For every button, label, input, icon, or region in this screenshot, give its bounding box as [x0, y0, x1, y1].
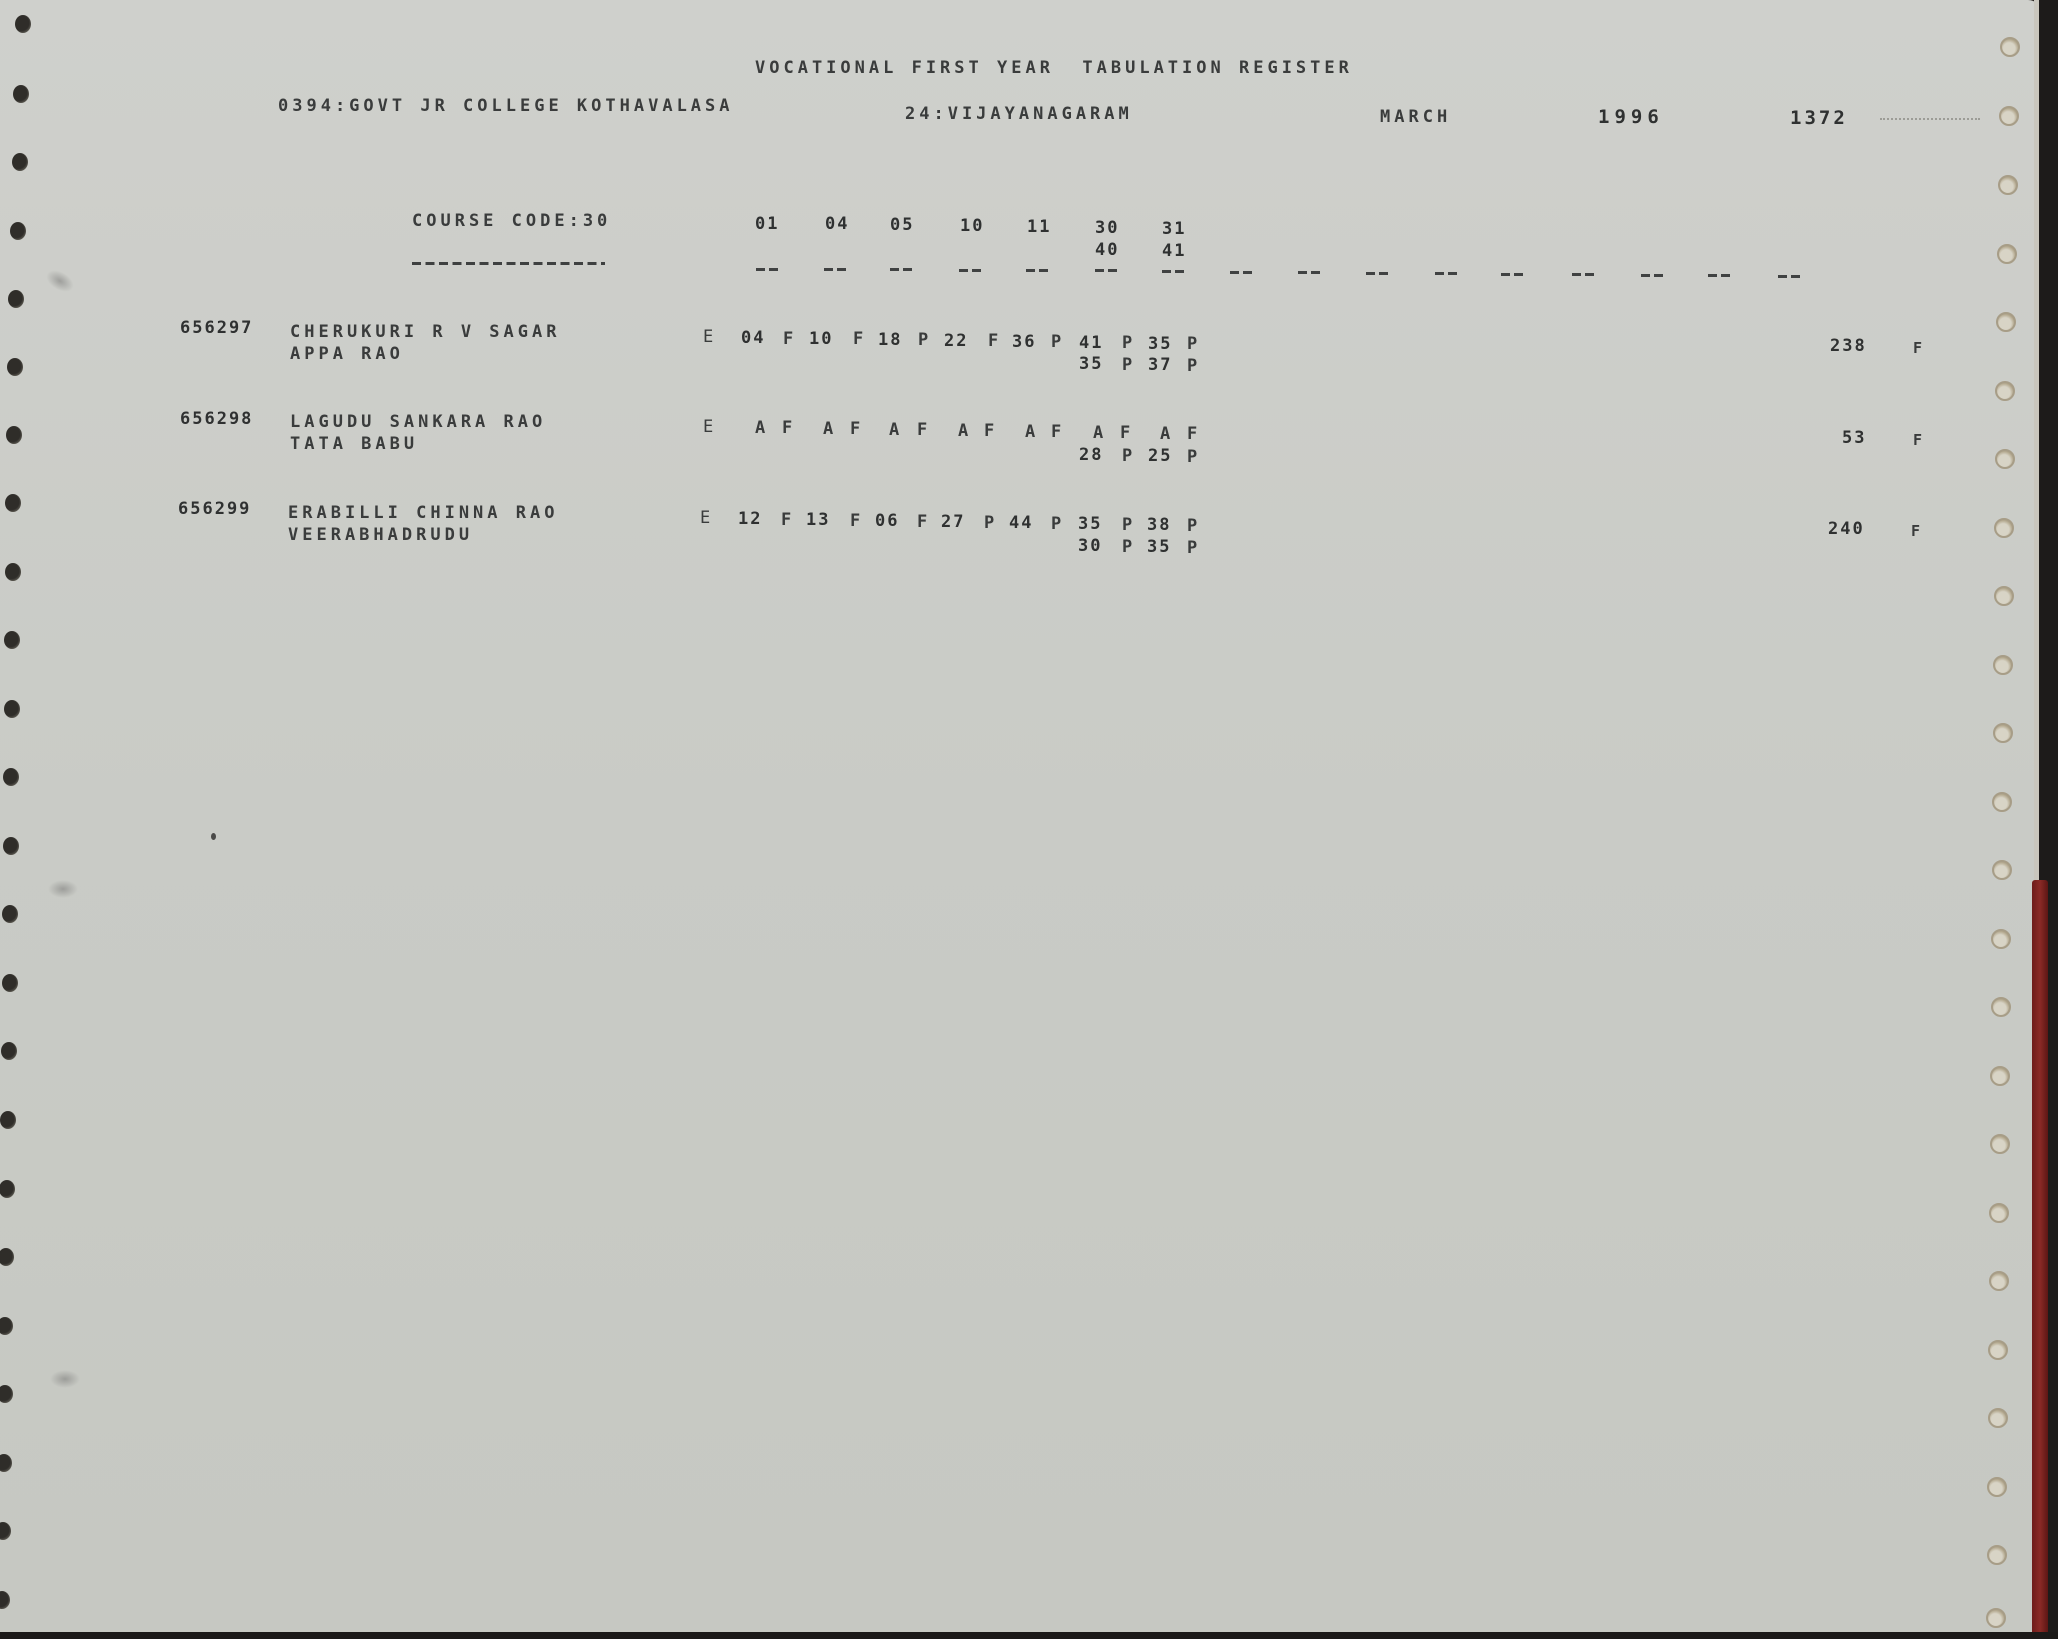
punch-hole-icon	[4, 700, 20, 718]
subject-mark: A	[1093, 423, 1107, 443]
punch-hole-icon	[2, 974, 18, 992]
father-name: APPA RAO	[290, 344, 404, 364]
subject-mark: 30	[1078, 536, 1102, 556]
subject-result: F	[850, 419, 864, 439]
punch-hole-icon	[1989, 1203, 2009, 1223]
subject-mark: 10	[809, 329, 833, 349]
punch-hole-icon	[1995, 449, 2015, 469]
punch-hole-icon	[1986, 1608, 2006, 1628]
punch-hole-icon	[1992, 792, 2012, 812]
punch-hole-icon	[1995, 381, 2015, 401]
exam-year: 1996	[1598, 107, 1664, 127]
column-dash	[959, 269, 981, 272]
subject-mark: 44	[1009, 513, 1033, 533]
course-code-underline	[412, 262, 605, 265]
subject-result: F	[984, 421, 998, 441]
subject-code: 01	[755, 214, 779, 234]
hall-ticket-number: 656297	[180, 318, 253, 338]
subject-result: P	[984, 513, 998, 533]
hall-ticket-number: 656299	[178, 499, 251, 519]
subject-code: 30	[1095, 218, 1119, 238]
subject-mark: 12	[738, 509, 762, 529]
subject-mark: 36	[1012, 332, 1036, 352]
subject-mark: 35	[1148, 334, 1172, 354]
subject-mark: 37	[1148, 355, 1172, 375]
register-sheet: VOCATIONAL FIRST YEAR TABULATION REGISTE…	[0, 0, 2042, 1632]
column-dash	[1778, 275, 1800, 278]
subject-result: P	[1122, 515, 1136, 535]
medium: E	[700, 508, 714, 528]
column-dash	[756, 268, 778, 271]
subject-mark: 35	[1079, 354, 1103, 374]
punch-hole-icon	[10, 222, 26, 240]
subject-result: P	[1122, 355, 1136, 375]
punch-hole-icon	[1991, 997, 2011, 1017]
punch-hole-icon	[1999, 106, 2019, 126]
subject-result: F	[988, 331, 1002, 351]
background-strip	[0, 1632, 2058, 1639]
punch-hole-icon	[1992, 860, 2012, 880]
student-name: CHERUKURI R V SAGAR	[290, 322, 560, 342]
punch-hole-icon	[0, 1591, 10, 1609]
subject-code: 05	[890, 215, 914, 235]
subject-result: F	[1187, 424, 1201, 444]
header-rule	[1880, 118, 1980, 121]
subject-mark: A	[1025, 422, 1039, 442]
punch-hole-icon	[0, 1248, 14, 1266]
punch-hole-icon	[1988, 1408, 2008, 1428]
column-dash	[1641, 274, 1663, 277]
column-dash	[890, 268, 912, 271]
punch-hole-icon	[1990, 1066, 2010, 1086]
subject-code: 11	[1027, 217, 1051, 237]
punch-hole-icon	[5, 494, 21, 512]
subject-mark: 35	[1147, 537, 1171, 557]
column-dash	[1572, 273, 1594, 276]
district-name: 24:VIJAYANAGARAM	[905, 104, 1133, 124]
subject-result: P	[1187, 356, 1201, 376]
subject-mark: 27	[941, 512, 965, 532]
subject-result: P	[1051, 514, 1065, 534]
subject-mark: A	[823, 419, 837, 439]
hall-ticket-number: 656298	[180, 409, 253, 429]
column-dash	[1026, 269, 1048, 272]
subject-mark: 06	[875, 511, 899, 531]
punch-hole-icon	[2, 905, 18, 923]
punch-hole-icon	[1996, 312, 2016, 332]
column-dash	[1298, 271, 1320, 274]
final-result: F	[1913, 338, 1926, 358]
subject-result: F	[783, 329, 797, 349]
punch-hole-icon	[6, 426, 22, 444]
punch-hole-icon	[1989, 1271, 2009, 1291]
paper-smudge	[43, 266, 78, 297]
subject-result: P	[918, 330, 932, 350]
punch-hole-icon	[0, 1522, 11, 1540]
total-marks: 53	[1842, 428, 1866, 448]
punch-hole-icon	[13, 85, 29, 103]
punch-hole-icon	[15, 15, 31, 33]
punch-hole-icon	[1988, 1340, 2008, 1360]
subject-mark: 25	[1148, 446, 1172, 466]
course-code-label: COURSE CODE:30	[412, 211, 611, 231]
punch-hole-icon	[1987, 1545, 2007, 1565]
punch-hole-icon	[2000, 37, 2020, 57]
paper-smudge	[48, 880, 78, 898]
subject-mark: 35	[1078, 514, 1102, 534]
subject-mark: 41	[1079, 333, 1103, 353]
column-dash	[1708, 274, 1730, 277]
punch-hole-icon	[1991, 929, 2011, 949]
subject-code: 31	[1162, 219, 1186, 239]
subject-result: P	[1122, 333, 1136, 353]
punch-hole-icon	[3, 768, 19, 786]
column-dash	[1095, 269, 1117, 272]
subject-result: P	[1187, 334, 1201, 354]
column-dash	[824, 268, 846, 271]
final-result: F	[1911, 521, 1924, 541]
father-name: VEERABHADRUDU	[288, 525, 473, 545]
total-marks: 238	[1830, 336, 1867, 356]
subject-result: P	[1187, 447, 1201, 467]
column-dash	[1501, 273, 1523, 276]
subject-code: 10	[960, 216, 984, 236]
subject-mark: 13	[806, 510, 830, 530]
subject-mark: 22	[944, 331, 968, 351]
subject-mark: A	[755, 418, 769, 438]
punch-hole-icon	[1993, 723, 2013, 743]
punch-hole-icon	[1987, 1477, 2007, 1497]
column-dash	[1366, 272, 1388, 275]
register-title: VOCATIONAL FIRST YEAR TABULATION REGISTE…	[755, 58, 1353, 78]
subject-result: F	[781, 510, 795, 530]
punch-hole-icon	[12, 153, 28, 171]
subject-mark: A	[958, 421, 972, 441]
punch-hole-icon	[3, 837, 19, 855]
binder-spine	[2032, 880, 2048, 1639]
column-dash	[1435, 272, 1457, 275]
medium: E	[703, 417, 717, 437]
punch-hole-icon	[1990, 1134, 2010, 1154]
punch-hole-icon	[1993, 655, 2013, 675]
punch-hole-icon	[4, 631, 20, 649]
subject-result: F	[1051, 422, 1065, 442]
punch-hole-icon	[0, 1317, 13, 1335]
punch-hole-icon	[1, 1042, 17, 1060]
subject-result: F	[850, 511, 864, 531]
subject-mark: 04	[741, 328, 765, 348]
punch-hole-icon	[7, 358, 23, 376]
subject-result: F	[853, 329, 867, 349]
subject-result: P	[1122, 446, 1136, 466]
student-name: LAGUDU SANKARA RAO	[290, 412, 546, 432]
punch-hole-icon	[1994, 518, 2014, 538]
subject-mark: A	[889, 420, 903, 440]
paper-smudge	[50, 1370, 80, 1388]
punch-hole-icon	[0, 1111, 16, 1129]
subject-result: P	[1051, 332, 1065, 352]
subject-result: P	[1122, 537, 1136, 557]
punch-hole-icon	[0, 1454, 12, 1472]
punch-hole-icon	[5, 563, 21, 581]
subject-result: F	[917, 512, 931, 532]
subject-mark: 18	[878, 330, 902, 350]
ink-speck	[211, 833, 216, 840]
subject-result: F	[782, 418, 796, 438]
final-result: F	[1913, 430, 1926, 450]
page-number: 1372	[1790, 108, 1848, 128]
subject-mark: 28	[1079, 445, 1103, 465]
father-name: TATA BABU	[290, 434, 418, 454]
punch-hole-icon	[1994, 586, 2014, 606]
punch-hole-icon	[8, 290, 24, 308]
subject-result: F	[917, 420, 931, 440]
subject-mark: 38	[1147, 515, 1171, 535]
total-marks: 240	[1828, 519, 1865, 539]
student-name: ERABILLI CHINNA RAO	[288, 503, 558, 523]
subject-result: F	[1120, 423, 1134, 443]
subject-code: 04	[825, 214, 849, 234]
medium: E	[703, 327, 717, 347]
subject-code-second: 40	[1095, 240, 1119, 260]
exam-month: MARCH	[1380, 107, 1451, 127]
column-dash	[1230, 271, 1252, 274]
subject-result: P	[1187, 516, 1201, 536]
subject-mark: A	[1160, 424, 1174, 444]
punch-hole-icon	[0, 1180, 15, 1198]
punch-hole-icon	[0, 1385, 13, 1403]
punch-hole-icon	[1998, 175, 2018, 195]
college-name: 0394:GOVT JR COLLEGE KOTHAVALASA	[278, 96, 734, 116]
column-dash	[1162, 270, 1184, 273]
punch-hole-icon	[1997, 244, 2017, 264]
subject-code-second: 41	[1162, 241, 1186, 261]
subject-result: P	[1187, 538, 1201, 558]
